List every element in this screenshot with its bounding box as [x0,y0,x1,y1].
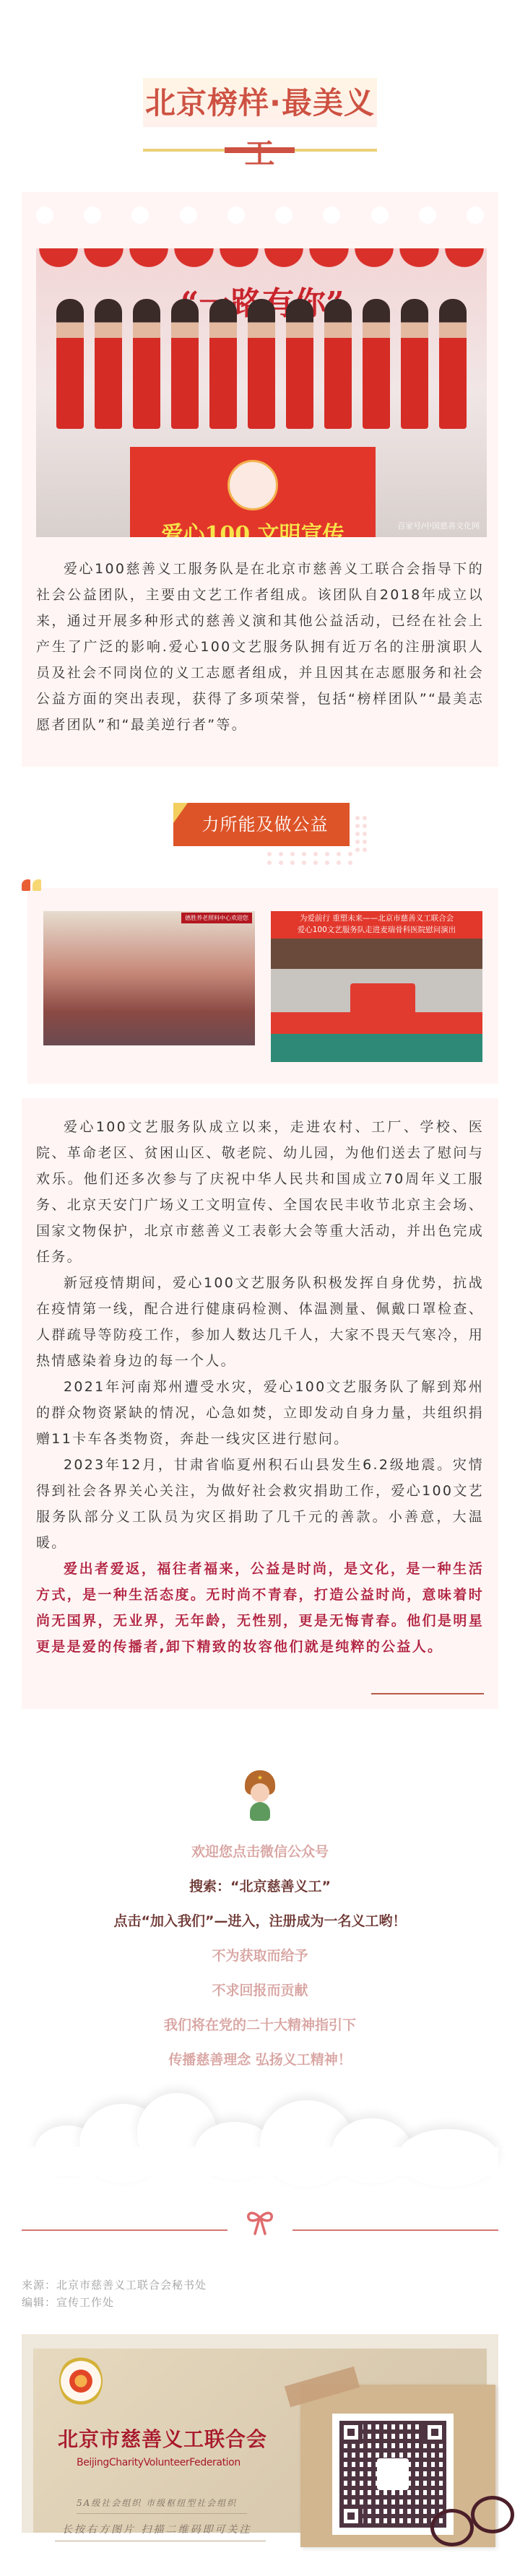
cta-line-give: 不为获取而给予 [0,1948,520,1964]
people-group [51,299,472,443]
cta-line-search: 搜索：“北京慈善义工” [0,1879,520,1894]
title-underline-accent [225,147,295,153]
qr-center-logo-icon [377,2458,409,2490]
bow-icon [227,2206,292,2242]
activities-text: 爱心100文艺服务队成立以来，走进农村、工厂、学校、医院、革命老区、贫困山区、敬… [36,1114,484,1660]
title-underline [143,149,377,152]
promo-rule [77,2513,247,2514]
team-group-photo[interactable]: “一路有你” 爱心100 文明宣传 慈善义工文艺服务队 北京市慈善义工联合会 百… [36,248,487,537]
cta-line-join: 点击“加入我们”—进入，注册成为一名义工哟！ [0,1913,520,1929]
intro-text: 爱心100慈善义工服务队是在北京市慈善义工联合会指导下的社会公益团队，主要由文艺… [36,556,484,749]
paragraph-visits: 爱心100文艺服务队成立以来，走进农村、工厂、学校、医院、革命老区、贫困山区、敬… [36,1114,484,1270]
photo-caption-line2: 爱心100文艺服务队走进麦瑞骨科医院慰问演出 [271,924,482,936]
federation-emblem-icon [59,2356,103,2406]
title-box: 北京榜样·最美义工 [143,78,377,152]
article-page: 北京榜样·最美义工 “一路有你” 爱心100 文明宣传 慈善义工文艺服务队 北京… [0,0,520,2576]
org-name-en: BeijingCharityVolunteerFederation [77,2457,240,2468]
page-title: 北京榜样·最美义工 [143,78,377,127]
team-flag [350,983,415,1027]
team-banner: 爱心100 文明宣传 慈善义工文艺服务队 北京市慈善义工联合会 [130,447,376,537]
scallop-dots [36,206,484,224]
follow-cta: 欢迎您点击微信公众号 搜索：“北京慈善义工” 点击“加入我们”—进入，注册成为一… [0,1844,520,2068]
paragraph-flood: 2021年河南郑州遭受水灾，爱心100文艺服务队了解到郑州的群众物资紧缺的情况，… [36,1374,484,1452]
cloud-decoration-icon [22,2089,498,2169]
title-section: 北京榜样·最美义工 [0,0,520,152]
promo-tagline-scan: 长按右方图片 扫描二维码即可关注 [62,2522,251,2536]
photo-gallery: 德胜养老照料中心欢迎您 为爱前行 重塑未来——北京市慈善义工联合会 爱心100文… [43,911,482,1062]
cta-line-slogan: 传播慈善理念 弘扬义工精神！ [0,2052,520,2068]
photo-sign: 德胜养老照料中心欢迎您 [181,913,252,923]
section-heading: 力所能及做公益 [0,767,520,888]
highlight-paragraph: 爱出者爱返，福往者福来，公益是时尚，是文化，是一种生活方式，是一种生活态度。无时… [36,1556,484,1660]
credits: 来源：北京市慈善义工联合会秘书处 编辑：宣传工作处 [22,2276,498,2311]
promo-tagline-rating: 5A级社会组织 市级枢纽型社会组织 [77,2497,237,2509]
paragraph-earthquake: 2023年12月，甘肃省临夏州积石山县发生6.2级地震。灾情得到社会各界关心关注… [36,1452,484,1556]
gallery-photo-nursing-home[interactable]: 德胜养老照料中心欢迎您 [43,911,255,1045]
mascot-section: ★ [0,1770,520,1824]
mascot-avatar-icon: ★ [243,1770,277,1824]
end-divider [371,1693,484,1694]
bow-divider [22,2212,498,2248]
org-name-cn: 北京市慈善义工联合会 [58,2424,267,2453]
credit-source: 来源：北京市慈善义工联合会秘书处 [22,2276,498,2294]
cta-line-contribute: 不求回报而贡献 [0,1983,520,1998]
gallery-photo-hospital[interactable]: 为爱前行 重塑未来——北京市慈善义工联合会 爱心100文艺服务队走进麦瑞骨科医院… [271,911,482,1062]
glasses-icon [409,2493,517,2551]
section-heading-box: 力所能及做公益 [173,803,347,846]
quote-mark-icon [22,879,41,891]
cta-line-guidance: 我们将在党的二十大精神指引下 [0,2017,520,2033]
section-heading-label: 力所能及做公益 [173,803,350,846]
photo-caption: 为爱前行 重塑未来——北京市慈善义工联合会 爱心100文艺服务队走进麦瑞骨科医院… [271,913,482,936]
team-logo-icon [227,460,278,510]
curtain-drape [36,248,487,270]
dot-pattern-icon [267,852,352,865]
paragraph-covid: 新冠疫情期间，爱心100文艺服务队积极发挥自身优势，抗战在疫情第一线，配合进行健… [36,1270,484,1374]
divider-line-left [22,2229,227,2231]
photo-caption-line1: 为爱前行 重塑未来——北京市慈善义工联合会 [271,913,482,924]
photo-watermark: 百家号/中国慈善文化网 [397,520,480,531]
cta-line-welcome: 欢迎您点击微信公众号 [0,1844,520,1860]
follow-promo-banner: 北京市慈善义工联合会 BeijingCharityVolunteerFedera… [22,2334,498,2533]
gallery-card: 德胜养老照料中心欢迎您 为爱前行 重塑未来——北京市慈善义工联合会 爱心100文… [27,888,498,1084]
divider-line-right [292,2229,498,2231]
banner-line1: 爱心100 文明宣传 [130,516,376,537]
intro-card: “一路有你” 爱心100 文明宣传 慈善义工文艺服务队 北京市慈善义工联合会 百… [22,192,498,767]
dot-pattern-icon [355,816,367,852]
promo-rule [55,2541,266,2541]
promo-background: 北京市慈善义工联合会 BeijingCharityVolunteerFedera… [33,2349,487,2533]
activities-card: 爱心100文艺服务队成立以来，走进农村、工厂、学校、医院、革命老区、贫困山区、敬… [22,1098,498,1709]
credit-editor: 编辑：宣传工作处 [22,2294,498,2311]
intro-paragraph: 爱心100慈善义工服务队是在北京市慈善义工联合会指导下的社会公益团队，主要由文艺… [36,556,484,738]
corner-accent-icon [173,803,188,823]
